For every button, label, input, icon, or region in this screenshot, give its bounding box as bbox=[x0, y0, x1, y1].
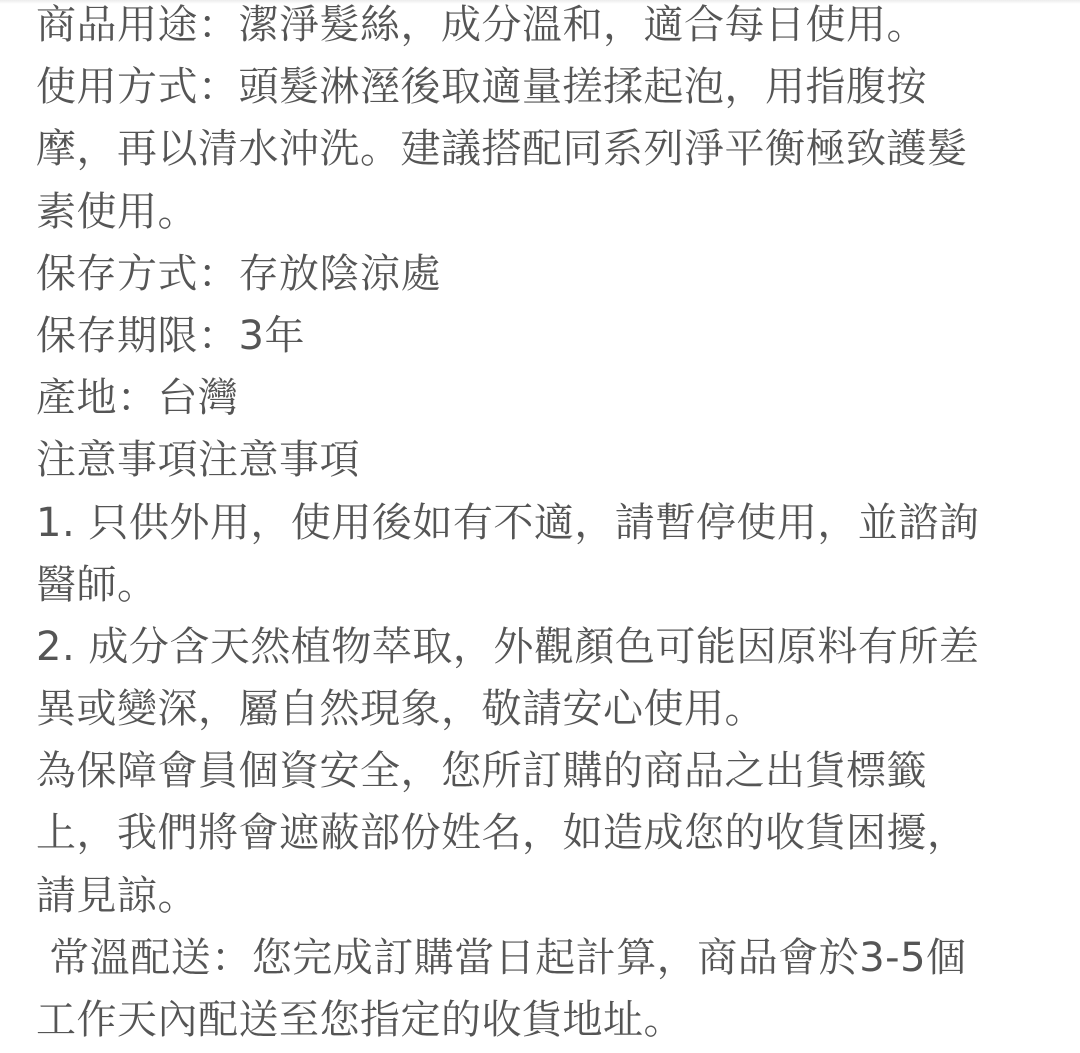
usage-method-line-2: 摩，再以清水沖洗。建議搭配同系列淨平衡極致護髮 bbox=[36, 118, 1046, 180]
usage-method-line-1: 使用方式：頭髮淋溼後取適量搓揉起泡，用指腹按 bbox=[36, 56, 1046, 118]
privacy-notice-line-1: 為保障會員個資安全，您所訂購的商品之出貨標籤 bbox=[36, 740, 1046, 802]
privacy-notice-line-3: 請見諒。 bbox=[36, 865, 1046, 927]
precaution-2-line-2: 異或變深，屬自然現象，敬請安心使用。 bbox=[36, 678, 1046, 740]
precaution-1-line-2: 醫師。 bbox=[36, 554, 1046, 616]
origin-line: 產地：台灣 bbox=[36, 367, 1046, 429]
precaution-2-line-1: 2. 成分含天然植物萃取，外觀顏色可能因原料有所差 bbox=[36, 616, 1046, 678]
usage-purpose-line: 商品用途：潔淨髮絲，成分溫和，適合每日使用。 bbox=[36, 0, 1046, 56]
product-description-text: 商品用途：潔淨髮絲，成分溫和，適合每日使用。 使用方式：頭髮淋溼後取適量搓揉起泡… bbox=[36, 0, 1046, 1051]
delivery-notice-line-1: 常溫配送：您完成訂購當日起計算，商品會於3-5個 bbox=[36, 927, 1046, 989]
privacy-notice-line-2: 上，我們將會遮蔽部份姓名，如造成您的收貨困擾， bbox=[36, 802, 1046, 864]
usage-method-line-3: 素使用。 bbox=[36, 181, 1046, 243]
storage-method-line: 保存方式：存放陰涼處 bbox=[36, 243, 1046, 305]
precautions-heading: 注意事項注意事項 bbox=[36, 429, 1046, 491]
shelf-life-line: 保存期限：3年 bbox=[36, 305, 1046, 367]
precaution-1-line-1: 1. 只供外用，使用後如有不適，請暫停使用，並諮詢 bbox=[36, 492, 1046, 554]
delivery-notice-line-2: 工作天內配送至您指定的收貨地址。 bbox=[36, 989, 1046, 1051]
